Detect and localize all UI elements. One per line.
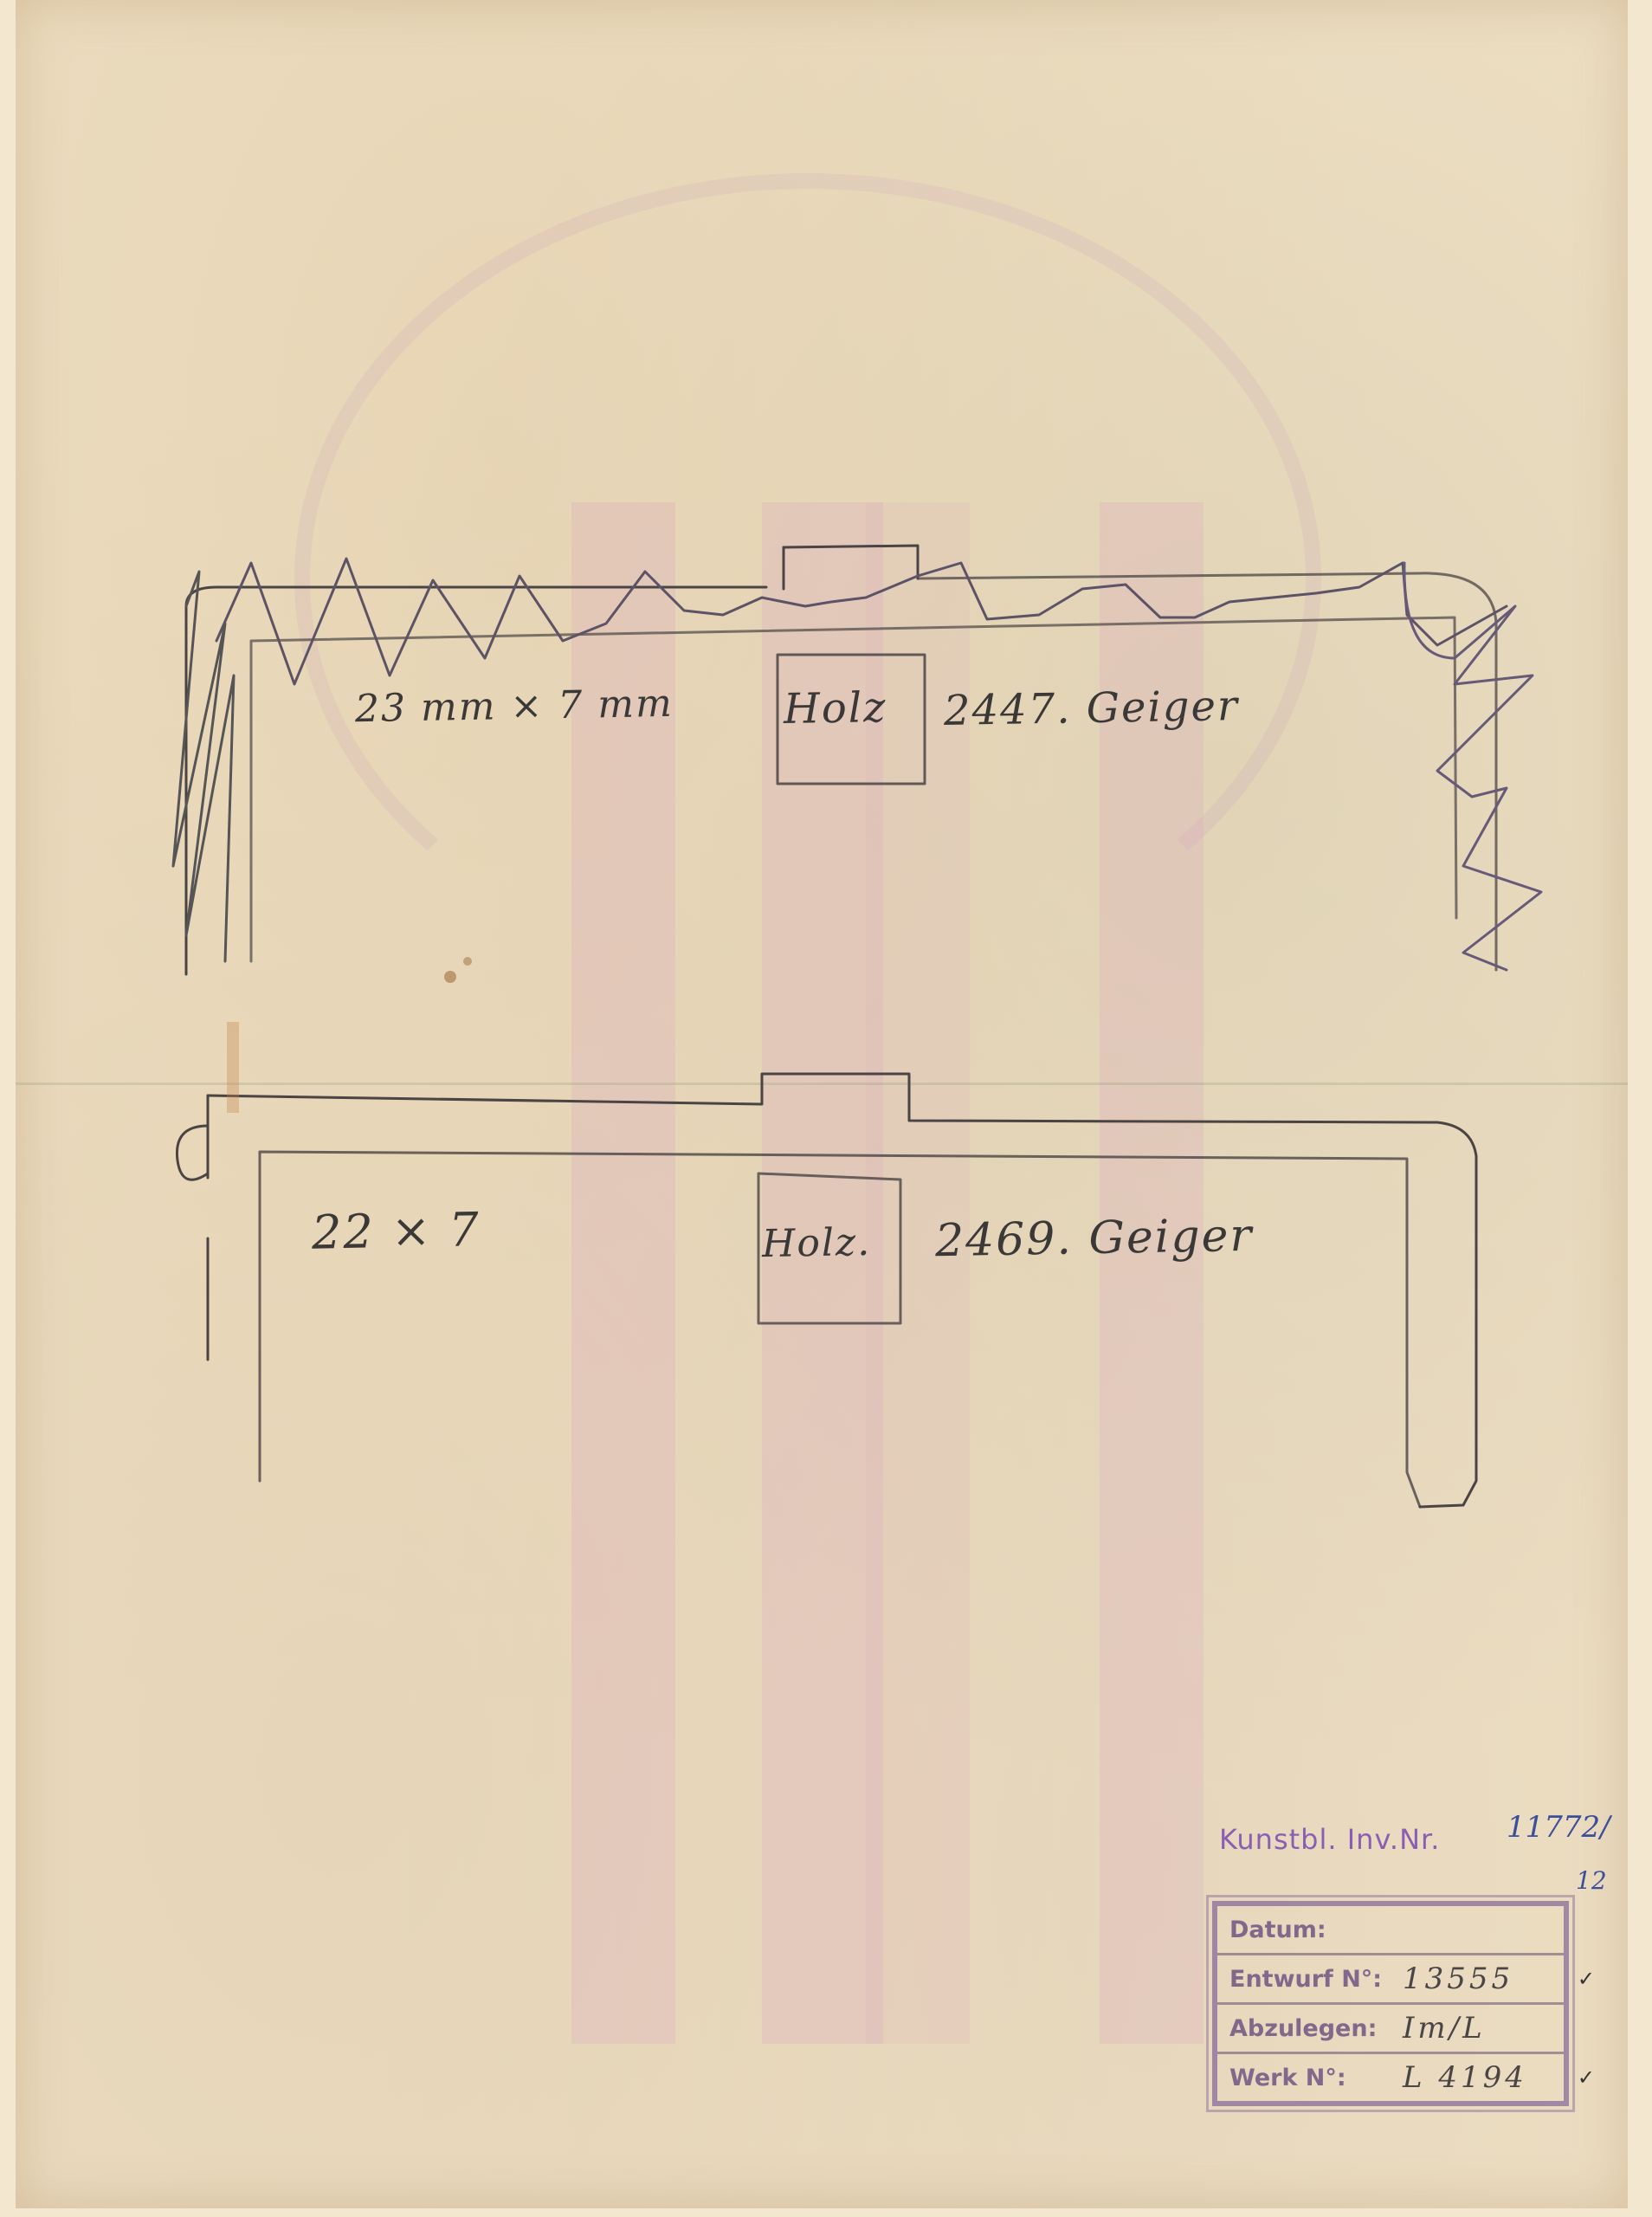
stamp-label: Entwurf N°:: [1229, 1966, 1403, 1993]
stamp-label: Datum:: [1229, 1916, 1403, 1943]
stamp-value: Im/L: [1403, 2011, 1486, 2046]
stamp-label: Abzulegen:: [1229, 2015, 1403, 2042]
stamp-value: 13555: [1403, 1962, 1513, 1996]
bottom-material-label: Holz.: [762, 1220, 872, 1266]
pencil-frame-sketches: [0, 0, 1652, 2217]
stamp-value: L 4194: [1403, 2060, 1527, 2095]
stamp-row-abzulegen: Abzulegen: Im/L: [1217, 2005, 1564, 2054]
top-model-code: 2447. Geiger: [944, 682, 1240, 735]
stamp-row-datum: Datum:: [1217, 1906, 1564, 1955]
bottom-dimensions-note: 22 × 7: [311, 1202, 481, 1259]
top-dimensions-note: 23 mm × 7 mm: [355, 682, 674, 731]
check-mark-icon: ✓: [1578, 2065, 1595, 2090]
check-mark-icon: ✓: [1578, 1967, 1595, 1991]
inventory-stamp-label: Kunstbl. Inv.Nr.: [1219, 1823, 1440, 1856]
top-material-label: Holz: [784, 683, 887, 734]
stamp-label: Werk N°:: [1229, 2065, 1403, 2091]
inventory-number: 11772/: [1507, 1810, 1610, 1845]
archive-stamp: Datum: Entwurf N°: 13555 ✓ Abzulegen: Im…: [1212, 1901, 1569, 2106]
stamp-row-entwurf: Entwurf N°: 13555 ✓: [1217, 1955, 1564, 2005]
bottom-model-code: 2469. Geiger: [935, 1210, 1254, 1267]
stamp-row-werk: Werk N°: L 4194 ✓: [1217, 2054, 1564, 2101]
inventory-sub-number: 12: [1576, 1866, 1607, 1895]
